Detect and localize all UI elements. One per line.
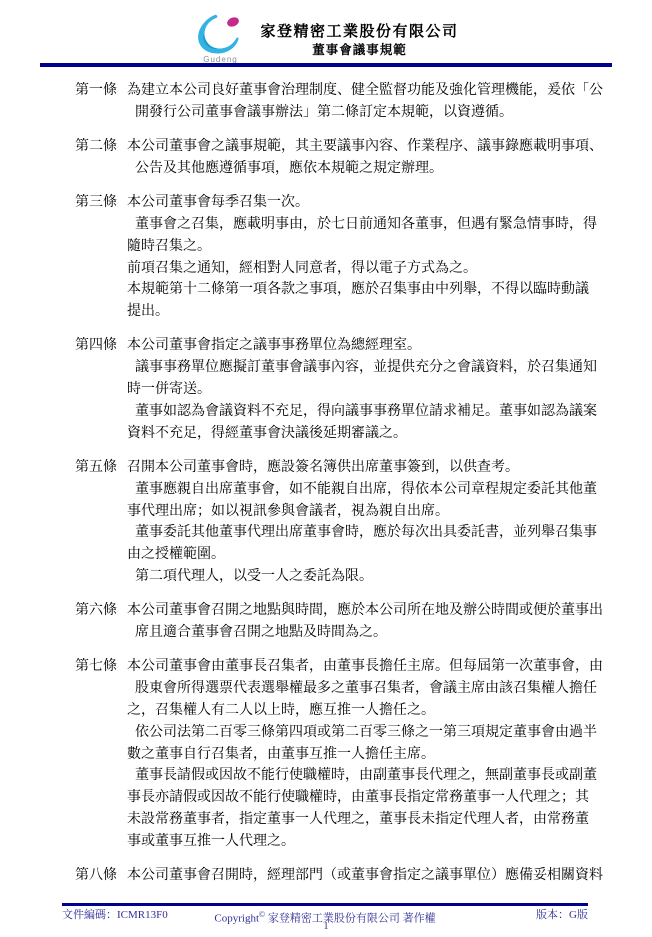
copyright-mark: ©: [259, 910, 265, 919]
article-line: 董事如認為會議資料不充足，得向議事事務單位請求補足。董事如認為議案: [135, 401, 597, 423]
article-label: 第五條: [75, 457, 117, 588]
article-line: 前項召集之通知，經相對人同意者，得以電子方式為之。: [127, 258, 597, 280]
article-label: 第二條: [75, 136, 117, 180]
article-row: 第五條召開本公司董事會時，應設簽名簿供出席董事簽到，以供查考。董事應親自出席董事…: [75, 457, 595, 588]
article-line: 董事會之召集，應載明事由，於七日前通知各董事，但遇有緊急情事時，得: [135, 214, 597, 236]
article-line: 議事事務單位應擬訂董事會議事內容，並提供充分之會議資料，於召集通知: [135, 357, 597, 379]
article-label: 第七條: [75, 656, 117, 852]
article-row: 第四條本公司董事會指定之議事事務單位為總經理室。議事事務單位應擬訂董事會議事內容…: [75, 335, 595, 444]
article-line: 本公司董事會指定之議事事務單位為總經理室。: [127, 335, 597, 357]
article-line: 召開本公司董事會時，應設簽名簿供出席董事簽到，以供查考。: [127, 457, 597, 479]
article-line: 席且適合董事會召開之地點及時間為之。: [135, 622, 603, 644]
article-row: 第二條本公司董事會之議事規範，其主要議事內容、作業程序、議事錄應載明事項、公告及…: [75, 136, 595, 180]
article-line: 公告及其他應遵循事項，應依本規範之規定辦理。: [135, 158, 603, 180]
article-line: 事長亦請假或因故不能行使職權時，由董事長指定常務董事一人代理之；其: [127, 787, 603, 809]
article-line: 未設常務董事者，指定董事一人代理之，董事長未指定代理人者，由常務董: [127, 809, 603, 831]
company-name: 家登精密工業股份有限公司: [260, 22, 458, 42]
article-line: 之，召集權人有二人以上時，應互推一人擔任之。: [127, 700, 603, 722]
article-line: 本公司董事會每季召集一次。: [127, 192, 597, 214]
article-line: 開發行公司董事會議事辦法」第二條訂定本規範，以資遵循。: [135, 102, 603, 124]
article-lines: 本公司董事會召開時，經理部門（或董事會指定之議事單位）應備妥相關資料: [127, 865, 603, 887]
article-lines: 召開本公司董事會時，應設簽名簿供出席董事簽到，以供查考。董事應親自出席董事會，如…: [127, 457, 597, 588]
article-line: 提出。: [127, 301, 597, 323]
article-line: 本公司董事會由董事長召集者，由董事長擔任主席。但每屆第一次董事會，由: [127, 656, 603, 678]
article-lines: 本公司董事會每季召集一次。董事會之召集，應載明事由，於七日前通知各董事，但遇有緊…: [127, 192, 597, 323]
article-line: 為建立本公司良好董事會治理制度、健全監督功能及強化管理機能，爰依「公: [127, 80, 603, 102]
header-rule: [40, 63, 612, 67]
article-row: 第八條本公司董事會召開時，經理部門（或董事會指定之議事單位）應備妥相關資料: [75, 865, 595, 887]
article-lines: 本公司董事會召開之地點與時間，應於本公司所在地及辦公時間或便於董事出席且適合董事…: [127, 600, 603, 644]
article-label: 第八條: [75, 865, 117, 887]
header-text: 家登精密工業股份有限公司 董事會議事規範: [260, 12, 458, 59]
article-label: 第四條: [75, 335, 117, 444]
article-row: 第三條本公司董事會每季召集一次。董事會之召集，應載明事由，於七日前通知各董事，但…: [75, 192, 595, 323]
article-line: 資料不充足，得經董事會決議後延期審議之。: [127, 423, 597, 445]
logo-dot: [226, 16, 240, 29]
article-line: 事代理出席；如以視訊參與會議者，視為親自出席。: [127, 501, 597, 523]
article-row: 第六條本公司董事會召開之地點與時間，應於本公司所在地及辦公時間或便於董事出席且適…: [75, 600, 595, 644]
gudeng-logo-icon: [194, 14, 246, 56]
article-row: 第七條本公司董事會由董事長召集者，由董事長擔任主席。但每屆第一次董事會，由股東會…: [75, 656, 595, 852]
footer-rule: [62, 903, 588, 906]
article-line: 股東會所得選票代表選舉權最多之董事召集者，會議主席由該召集權人擔任: [135, 678, 603, 700]
article-label: 第一條: [75, 80, 117, 124]
page-number: 1: [0, 921, 652, 932]
article-line: 董事長請假或因故不能行使職權時，由副董事長代理之，無副董事長或副董: [135, 765, 603, 787]
article-label: 第三條: [75, 192, 117, 323]
article-lines: 本公司董事會由董事長召集者，由董事長擔任主席。但每屆第一次董事會，由股東會所得選…: [127, 656, 603, 852]
article-line: 本公司董事會之議事規範，其主要議事內容、作業程序、議事錄應載明事項、: [127, 136, 603, 158]
articles-container: 第一條為建立本公司良好董事會治理制度、健全監督功能及強化管理機能，爰依「公開發行…: [75, 80, 595, 899]
article-line: 事或董事互推一人代理之。: [127, 831, 603, 853]
article-lines: 本公司董事會之議事規範，其主要議事內容、作業程序、議事錄應載明事項、公告及其他應…: [127, 136, 603, 180]
article-row: 第一條為建立本公司良好董事會治理制度、健全監督功能及強化管理機能，爰依「公開發行…: [75, 80, 595, 124]
article-line: 數之董事自行召集者，由董事互推一人擔任主席。: [127, 744, 603, 766]
doc-code: 文件編碼：ICMR13F0: [62, 908, 212, 922]
article-line: 由之授權範圍。: [127, 544, 597, 566]
article-lines: 本公司董事會指定之議事事務單位為總經理室。議事事務單位應擬訂董事會議事內容，並提…: [127, 335, 597, 444]
article-line: 隨時召集之。: [127, 236, 597, 258]
article-line: 本公司董事會召開之地點與時間，應於本公司所在地及辦公時間或便於董事出: [127, 600, 603, 622]
version-label: 版本：G版: [438, 908, 588, 922]
article-line: 董事應親自出席董事會，如不能親自出席，得依本公司章程規定委託其他董: [135, 479, 597, 501]
article-label: 第六條: [75, 600, 117, 644]
article-line: 本公司董事會召開時，經理部門（或董事會指定之議事單位）應備妥相關資料: [127, 865, 603, 887]
article-lines: 為建立本公司良好董事會治理制度、健全監督功能及強化管理機能，爰依「公開發行公司董…: [127, 80, 603, 124]
article-line: 董事委託其他董事代理出席董事會時，應於每次出具委託書，並列舉召集事: [135, 522, 597, 544]
document-header: Gudeng 家登精密工業股份有限公司 董事會議事規範: [0, 12, 652, 64]
gudeng-logo: Gudeng: [193, 12, 247, 64]
article-line: 依公司法第二百零三條第四項或第二百零三條之一第三項規定董事會由過半: [135, 722, 603, 744]
article-line: 第二項代理人，以受一人之委託為限。: [135, 566, 597, 588]
article-line: 本規範第十二條第一項各款之事項，應於召集事由中列舉，不得以臨時動議: [127, 279, 597, 301]
article-line: 時一併寄送。: [127, 379, 597, 401]
doc-title: 董事會議事規範: [312, 42, 407, 59]
document-page: Gudeng 家登精密工業股份有限公司 董事會議事規範 第一條為建立本公司良好董…: [0, 0, 652, 937]
